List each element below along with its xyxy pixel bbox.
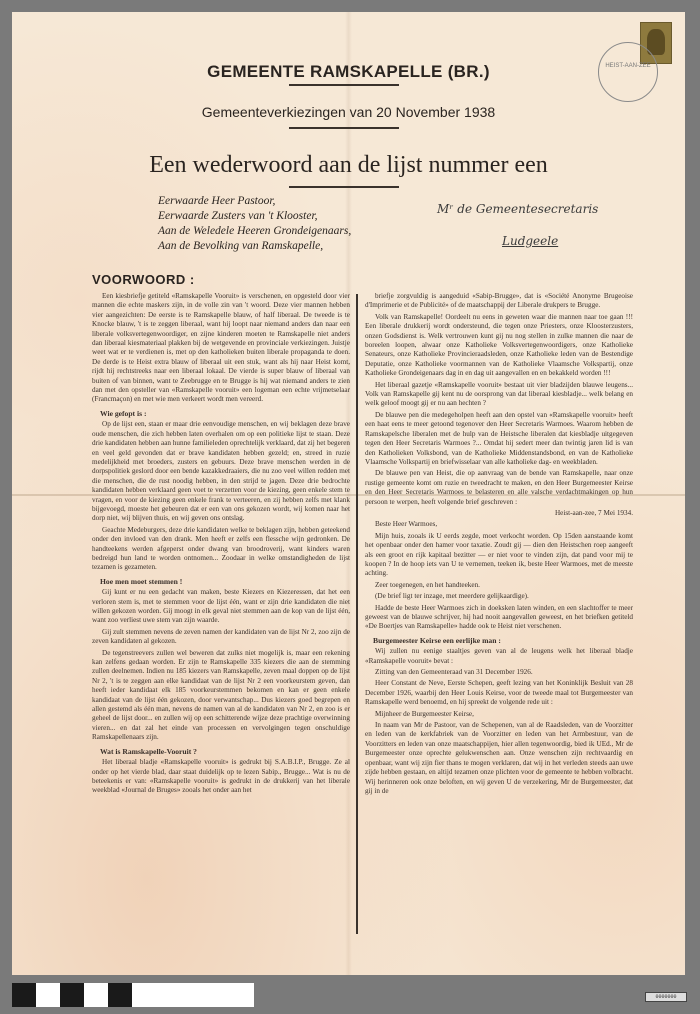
section-heading: Wie gefopt is :	[100, 409, 350, 418]
paragraph: De blauwe pen die medegeholpen heeft aan…	[365, 411, 633, 467]
title-rule-2	[289, 127, 399, 129]
paragraph: Heer Constant de Neve, Eerste Schepen, g…	[365, 679, 633, 707]
paragraph: Zitting van den Gemeenteraad van 31 Dece…	[365, 668, 633, 677]
paragraph: Mijnheer de Burgemeester Keirse,	[365, 710, 633, 719]
paragraph: De blauwe pen van Heist, die op aanvraag…	[365, 469, 633, 507]
salutation-line: Eerwaarde Heer Pastoor,	[158, 194, 351, 209]
paragraph: Geachte Medeburgers, deze drie kandidate…	[92, 526, 350, 573]
foreword-heading: VOORWOORD :	[92, 272, 195, 287]
color-scale-black	[12, 983, 36, 1007]
handwritten-recipient: Mʳ de Gemeentesecretaris	[437, 202, 598, 216]
document-sheet: HEIST-AAN-ZEE GEMEENTE RAMSKAPELLE (BR.)…	[12, 12, 685, 975]
section-heading: Hoe men moet stemmen !	[100, 577, 350, 586]
salutation-block: Eerwaarde Heer Pastoor, Eerwaarde Zuster…	[158, 194, 351, 254]
paragraph: Zeer toegenegen, en het handteeken.	[365, 581, 633, 590]
paragraph: De tegenstreevers zullen wel beweren dat…	[92, 649, 350, 743]
color-scale-white	[36, 983, 60, 1007]
section-heading: Wat is Ramskapelle-Vooruit ?	[100, 747, 350, 756]
paragraph: Het liberaal gazetje «Ramskapelle voorui…	[365, 381, 633, 409]
paragraph: Volk van Ramskapelle! Oordeelt nu eens i…	[365, 313, 633, 379]
title-rule-1	[289, 84, 399, 86]
paragraph: Gij kunt er nu een gedacht van maken, be…	[92, 588, 350, 626]
paragraph: Het liberaal bladje «Ramskapelle vooruit…	[92, 758, 350, 796]
salutation-line: Aan de Bevolking van Ramskapelle,	[158, 239, 351, 254]
paragraph: In naam van Mr de Pastoor, van de Schepe…	[365, 721, 633, 796]
color-scale-black	[108, 983, 132, 1007]
paragraph: (De brief ligt ter inzage, met meerdere …	[365, 592, 633, 601]
left-column: Een kiesbriefje getiteld «Ramskapelle Vo…	[92, 292, 350, 798]
title-rule-3	[289, 186, 399, 188]
paragraph: briefje zorgvuldig is aangeduid «Sabip-B…	[365, 292, 633, 311]
municipality-title: GEMEENTE RAMSKAPELLE (BR.)	[12, 62, 685, 82]
salutation-line: Aan de Weledele Heeren Grondeigenaars,	[158, 224, 351, 239]
archive-tag: 0000000	[645, 992, 687, 1002]
election-line: Gemeenteverkiezingen van 20 November 193…	[12, 104, 685, 120]
paragraph: Hadde de beste Heer Warmoes zich in doek…	[365, 604, 633, 632]
right-column: briefje zorgvuldig is aangeduid «Sabip-B…	[365, 292, 633, 798]
paragraph: Gij zult stemmen nevens de zeven namen d…	[92, 628, 350, 647]
dateline: Heist-aan-zee, 7 Mei 1934.	[365, 509, 633, 518]
main-title: Een wederwoord aan de lijst nummer een	[12, 152, 685, 179]
paragraph: Beste Heer Warmoes,	[365, 520, 633, 529]
paragraph: Op de lijst een, staan er maar drie eenv…	[92, 420, 350, 523]
paragraph: Een kiesbriefje getiteld «Ramskapelle Vo…	[92, 292, 350, 405]
paragraph: Mijn huis, zooals ik U eerds zegde, moet…	[365, 532, 633, 579]
color-scale-black	[60, 983, 84, 1007]
column-divider	[356, 294, 358, 934]
salutation-line: Eerwaarde Zusters van 't Klooster,	[158, 209, 351, 224]
paragraph: Wij zullen nu eenige staaltjes geven van…	[365, 647, 633, 666]
color-scale-white-long	[132, 983, 254, 1007]
section-heading: Burgemeester Keirse een eerlijke man :	[373, 636, 633, 645]
handwritten-place: Ludgeele	[502, 234, 558, 248]
color-scale-white	[84, 983, 108, 1007]
